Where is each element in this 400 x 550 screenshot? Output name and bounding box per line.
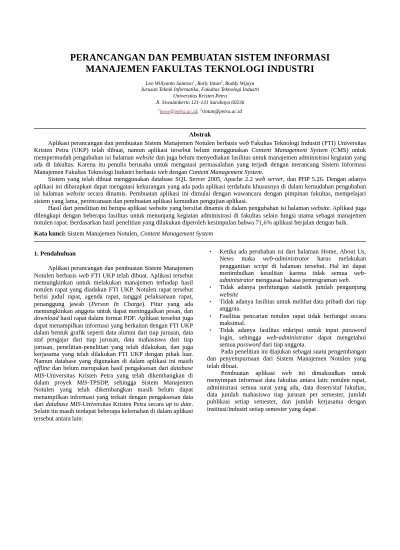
authors-block: Leo Willyanto Santoso1, Rolly Intan2, Ro…	[0, 79, 400, 115]
bullet-icon: ▪	[207, 284, 220, 298]
weakness-bullet-list: ▪ Ketika ada perubahan isi dari halaman …	[207, 248, 366, 348]
abstract-heading: Abstrak	[0, 131, 400, 139]
intro-closing-paragraph-2: Pembuatan aplikasi web ini dimaksudkan u…	[207, 370, 366, 413]
abstract-paragraph-1: Aplikasi perancangan dan pembuatan Siste…	[34, 139, 366, 175]
author-name-3: Roddy Wijaya	[225, 81, 254, 87]
list-item: ▪ Ketika ada perubahan isi dari halaman …	[207, 248, 366, 284]
paper-title-line-1: PERANCANGAN DAN PEMBUATAN SISTEM INFORMA…	[0, 52, 400, 64]
bullet-icon: ▪	[207, 248, 220, 284]
page-content: PERANCANGAN DAN PEMBUATAN SISTEM INFORMA…	[0, 0, 400, 550]
author-name-2: Rolly Intan	[197, 81, 220, 87]
divider-bottom	[34, 241, 366, 242]
email-line: 1leow@petra.ac.id, 2rintan@petra.ac.id	[0, 106, 400, 115]
intro-closing-paragraph-1: Pada penelitian ini diajukan sebagai sua…	[207, 348, 366, 369]
list-item: ▪ Tidak adanya fasilitas enkripsi untuk …	[207, 327, 366, 348]
body-columns: 1. Pendahuluan Aplikasi perancangan dan …	[34, 248, 366, 422]
list-item: ▪ Tidak adanya perhitungan statistik jum…	[207, 284, 366, 298]
paper-title: PERANCANGAN DAN PEMBUATAN SISTEM INFORMA…	[0, 52, 400, 75]
keywords-label: Kata kunci:	[34, 230, 66, 237]
section-heading-pendahuluan: 1. Pendahuluan	[34, 250, 193, 257]
keywords-line: Kata kunci: Sistem Manajemen Notulen, Co…	[34, 230, 366, 238]
abstract-paragraph-2: Sistem yang telah dibuat menggunakan dat…	[34, 176, 366, 205]
list-item: ▪ Tidak adanya fasilitas untuk melihat d…	[207, 298, 366, 312]
list-item: ▪ Fasilitas pencarian notulen rapat tida…	[207, 312, 366, 326]
email-link-1[interactable]: leow@petra.ac.id	[160, 109, 197, 115]
bullet-icon: ▪	[207, 298, 220, 312]
bullet-icon: ▪	[207, 312, 220, 326]
intro-paragraph: Aplikasi perancangan dan pembuatan Siste…	[34, 265, 193, 422]
email-2: rintan@petra.ac.id	[202, 109, 242, 115]
left-column: 1. Pendahuluan Aplikasi perancangan dan …	[34, 248, 193, 422]
keywords-text: Sistem Manajemen Notulen, Content Manage…	[66, 230, 213, 237]
abstract-body: Aplikasi perancangan dan pembuatan Siste…	[34, 139, 366, 226]
author-names: Leo Willyanto Santoso1, Rolly Intan2, Ro…	[0, 79, 400, 88]
bullet-icon: ▪	[207, 327, 220, 348]
divider-top	[34, 128, 366, 129]
author-name-1: Leo Willyanto Santoso	[146, 81, 193, 87]
right-column: ▪ Ketika ada perubahan isi dari halaman …	[207, 248, 366, 422]
paper-page: PERANCANGAN DAN PEMBUATAN SISTEM INFORMA…	[0, 0, 400, 550]
abstract-paragraph-3: Hasil dari penelitian ini berupa aplikas…	[34, 205, 366, 227]
paper-title-line-2: MANAJEMEN FAKULTAS TEKNOLOGI INDUSTRI	[0, 64, 400, 76]
